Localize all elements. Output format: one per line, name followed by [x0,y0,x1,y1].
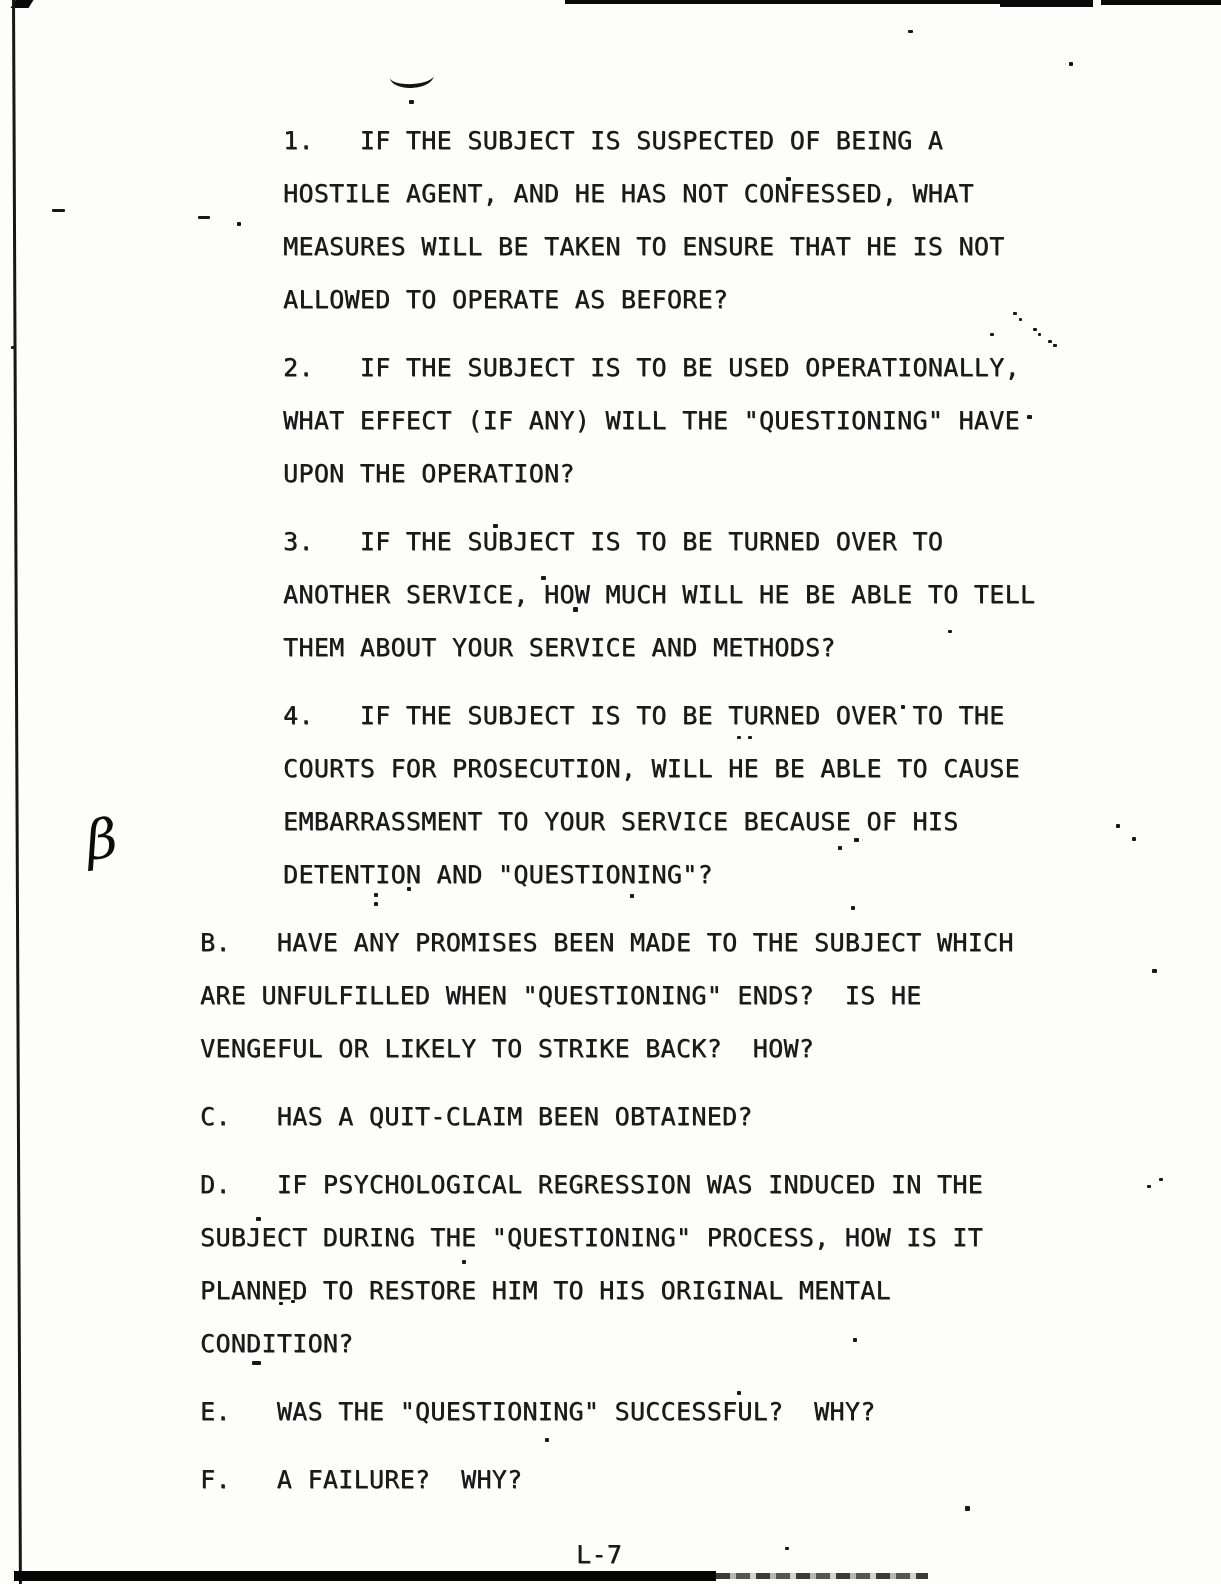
ink-speck [198,216,210,219]
ink-speck [851,906,855,910]
text-line: ARE UNFULFILLED WHEN "QUESTIONING" ENDS?… [200,969,1120,1022]
page-number: L-7 [576,1528,622,1581]
ink-speck [1027,415,1032,419]
ink-speck [1147,1185,1151,1188]
text-line: VENGEFUL OR LIKELY TO STRIKE BACK? HOW? [200,1022,1120,1075]
ink-speck [11,346,15,349]
paragraph: D. IF PSYCHOLOGICAL REGRESSION WAS INDUC… [200,1158,1120,1370]
ink-speck [1013,312,1017,315]
ink-speck [407,887,411,891]
ink-speck [737,1391,741,1395]
ink-speck [948,630,952,633]
scan-artifact-top-bar [565,0,1002,4]
paragraph: 4. IF THE SUBJECT IS TO BE TURNED OVER T… [283,689,1120,901]
ink-speck [854,838,859,842]
ink-speck [462,1260,466,1264]
text-line: ALLOWED TO OPERATE AS BEFORE? [283,273,1120,326]
handwritten-margin-mark: β [82,806,121,872]
text-line: 1. IF THE SUBJECT IS SUSPECTED OF BEING … [283,114,1120,167]
text-line: HOSTILE AGENT, AND HE HAS NOT CONFESSED,… [283,167,1120,220]
ink-speck [291,1300,295,1303]
scanned-document-page: β 1. IF THE SUBJECT IS SUSPECTED OF BEIN… [0,0,1221,1584]
ink-speck [541,576,546,580]
text-line: PLANNED TO RESTORE HIM TO HIS ORIGINAL M… [200,1264,1120,1317]
text-line: B. HAVE ANY PROMISES BEEN MADE TO THE SU… [200,916,1120,969]
ink-speck [573,607,578,612]
paragraph: E. WAS THE "QUESTIONING" SUCCESSFUL? WHY… [200,1385,1120,1438]
ink-speck [545,1438,549,1442]
ink-speck [374,893,378,897]
scan-artifact-bottom-bar-fade [716,1573,928,1579]
ink-speck [785,1547,789,1550]
scan-artifact-top-bar [1000,0,1093,7]
ink-speck [409,100,414,104]
text-line: D. IF PSYCHOLOGICAL REGRESSION WAS INDUC… [200,1158,1120,1211]
ink-speck [630,894,634,898]
paragraph: F. A FAILURE? WHY? [200,1453,1120,1506]
ink-speck [1159,1178,1163,1181]
text-line: UPON THE OPERATION? [283,447,1120,500]
ink-speck [52,209,65,212]
text-line: EMBARRASSMENT TO YOUR SERVICE BECAUSE OF… [283,795,1120,848]
ink-speck [908,30,913,33]
ink-speck [1069,62,1073,66]
ink-speck [1038,333,1041,336]
ink-speck [901,705,905,709]
text-line: SUBJECT DURING THE "QUESTIONING" PROCESS… [200,1211,1120,1264]
ink-speck [786,177,791,181]
ink-speck [493,524,498,528]
text-line: THEM ABOUT YOUR SERVICE AND METHODS? [283,621,1120,674]
ink-speck [1116,824,1120,828]
text-line: COURTS FOR PROSECUTION, WILL HE BE ABLE … [283,742,1120,795]
ink-speck [1033,328,1037,331]
paragraph: 3. IF THE SUBJECT IS TO BE TURNED OVER T… [283,515,1120,674]
ink-speck [748,736,752,739]
text-line: CONDITION? [200,1317,1120,1370]
text-line: 2. IF THE SUBJECT IS TO BE USED OPERATIO… [283,341,1120,394]
ink-speck [374,902,378,906]
ink-speck [853,1338,857,1342]
ink-speck [965,1506,970,1511]
handwritten-dash-mark [390,73,435,89]
text-line: DETENTION AND "QUESTIONING"? [283,848,1120,901]
text-line: WHAT EFFECT (IF ANY) WILL THE "QUESTIONI… [283,394,1120,447]
document-body: 1. IF THE SUBJECT IS SUSPECTED OF BEING … [200,114,1120,1521]
scan-artifact-left-edge-line [12,0,21,1584]
ink-speck [1152,969,1157,973]
text-line: 4. IF THE SUBJECT IS TO BE TURNED OVER T… [283,689,1120,742]
paragraph: 1. IF THE SUBJECT IS SUSPECTED OF BEING … [283,114,1120,326]
text-line: F. A FAILURE? WHY? [200,1453,1120,1506]
ink-speck [1053,344,1057,347]
text-line: MEASURES WILL BE TAKEN TO ENSURE THAT HE… [283,220,1120,273]
ink-speck [1019,318,1022,321]
ink-speck [256,1217,261,1221]
ink-speck [1132,837,1136,841]
text-line: E. WAS THE "QUESTIONING" SUCCESSFUL? WHY… [200,1385,1120,1438]
paragraph: 2. IF THE SUBJECT IS TO BE USED OPERATIO… [283,341,1120,500]
paragraph: C. HAS A QUIT-CLAIM BEEN OBTAINED? [200,1090,1120,1143]
text-line: 3. IF THE SUBJECT IS TO BE TURNED OVER T… [283,515,1120,568]
paragraph: B. HAVE ANY PROMISES BEEN MADE TO THE SU… [200,916,1120,1075]
scan-artifact-top-bar [1101,0,1221,5]
ink-speck [1048,340,1052,343]
ink-speck [838,846,842,850]
text-line: ANOTHER SERVICE, HOW MUCH WILL HE BE ABL… [283,568,1120,621]
ink-speck [279,1302,283,1305]
ink-speck [737,736,741,739]
text-line: C. HAS A QUIT-CLAIM BEEN OBTAINED? [200,1090,1120,1143]
ink-speck [990,333,994,336]
ink-speck [252,1361,261,1365]
ink-speck [237,222,241,226]
